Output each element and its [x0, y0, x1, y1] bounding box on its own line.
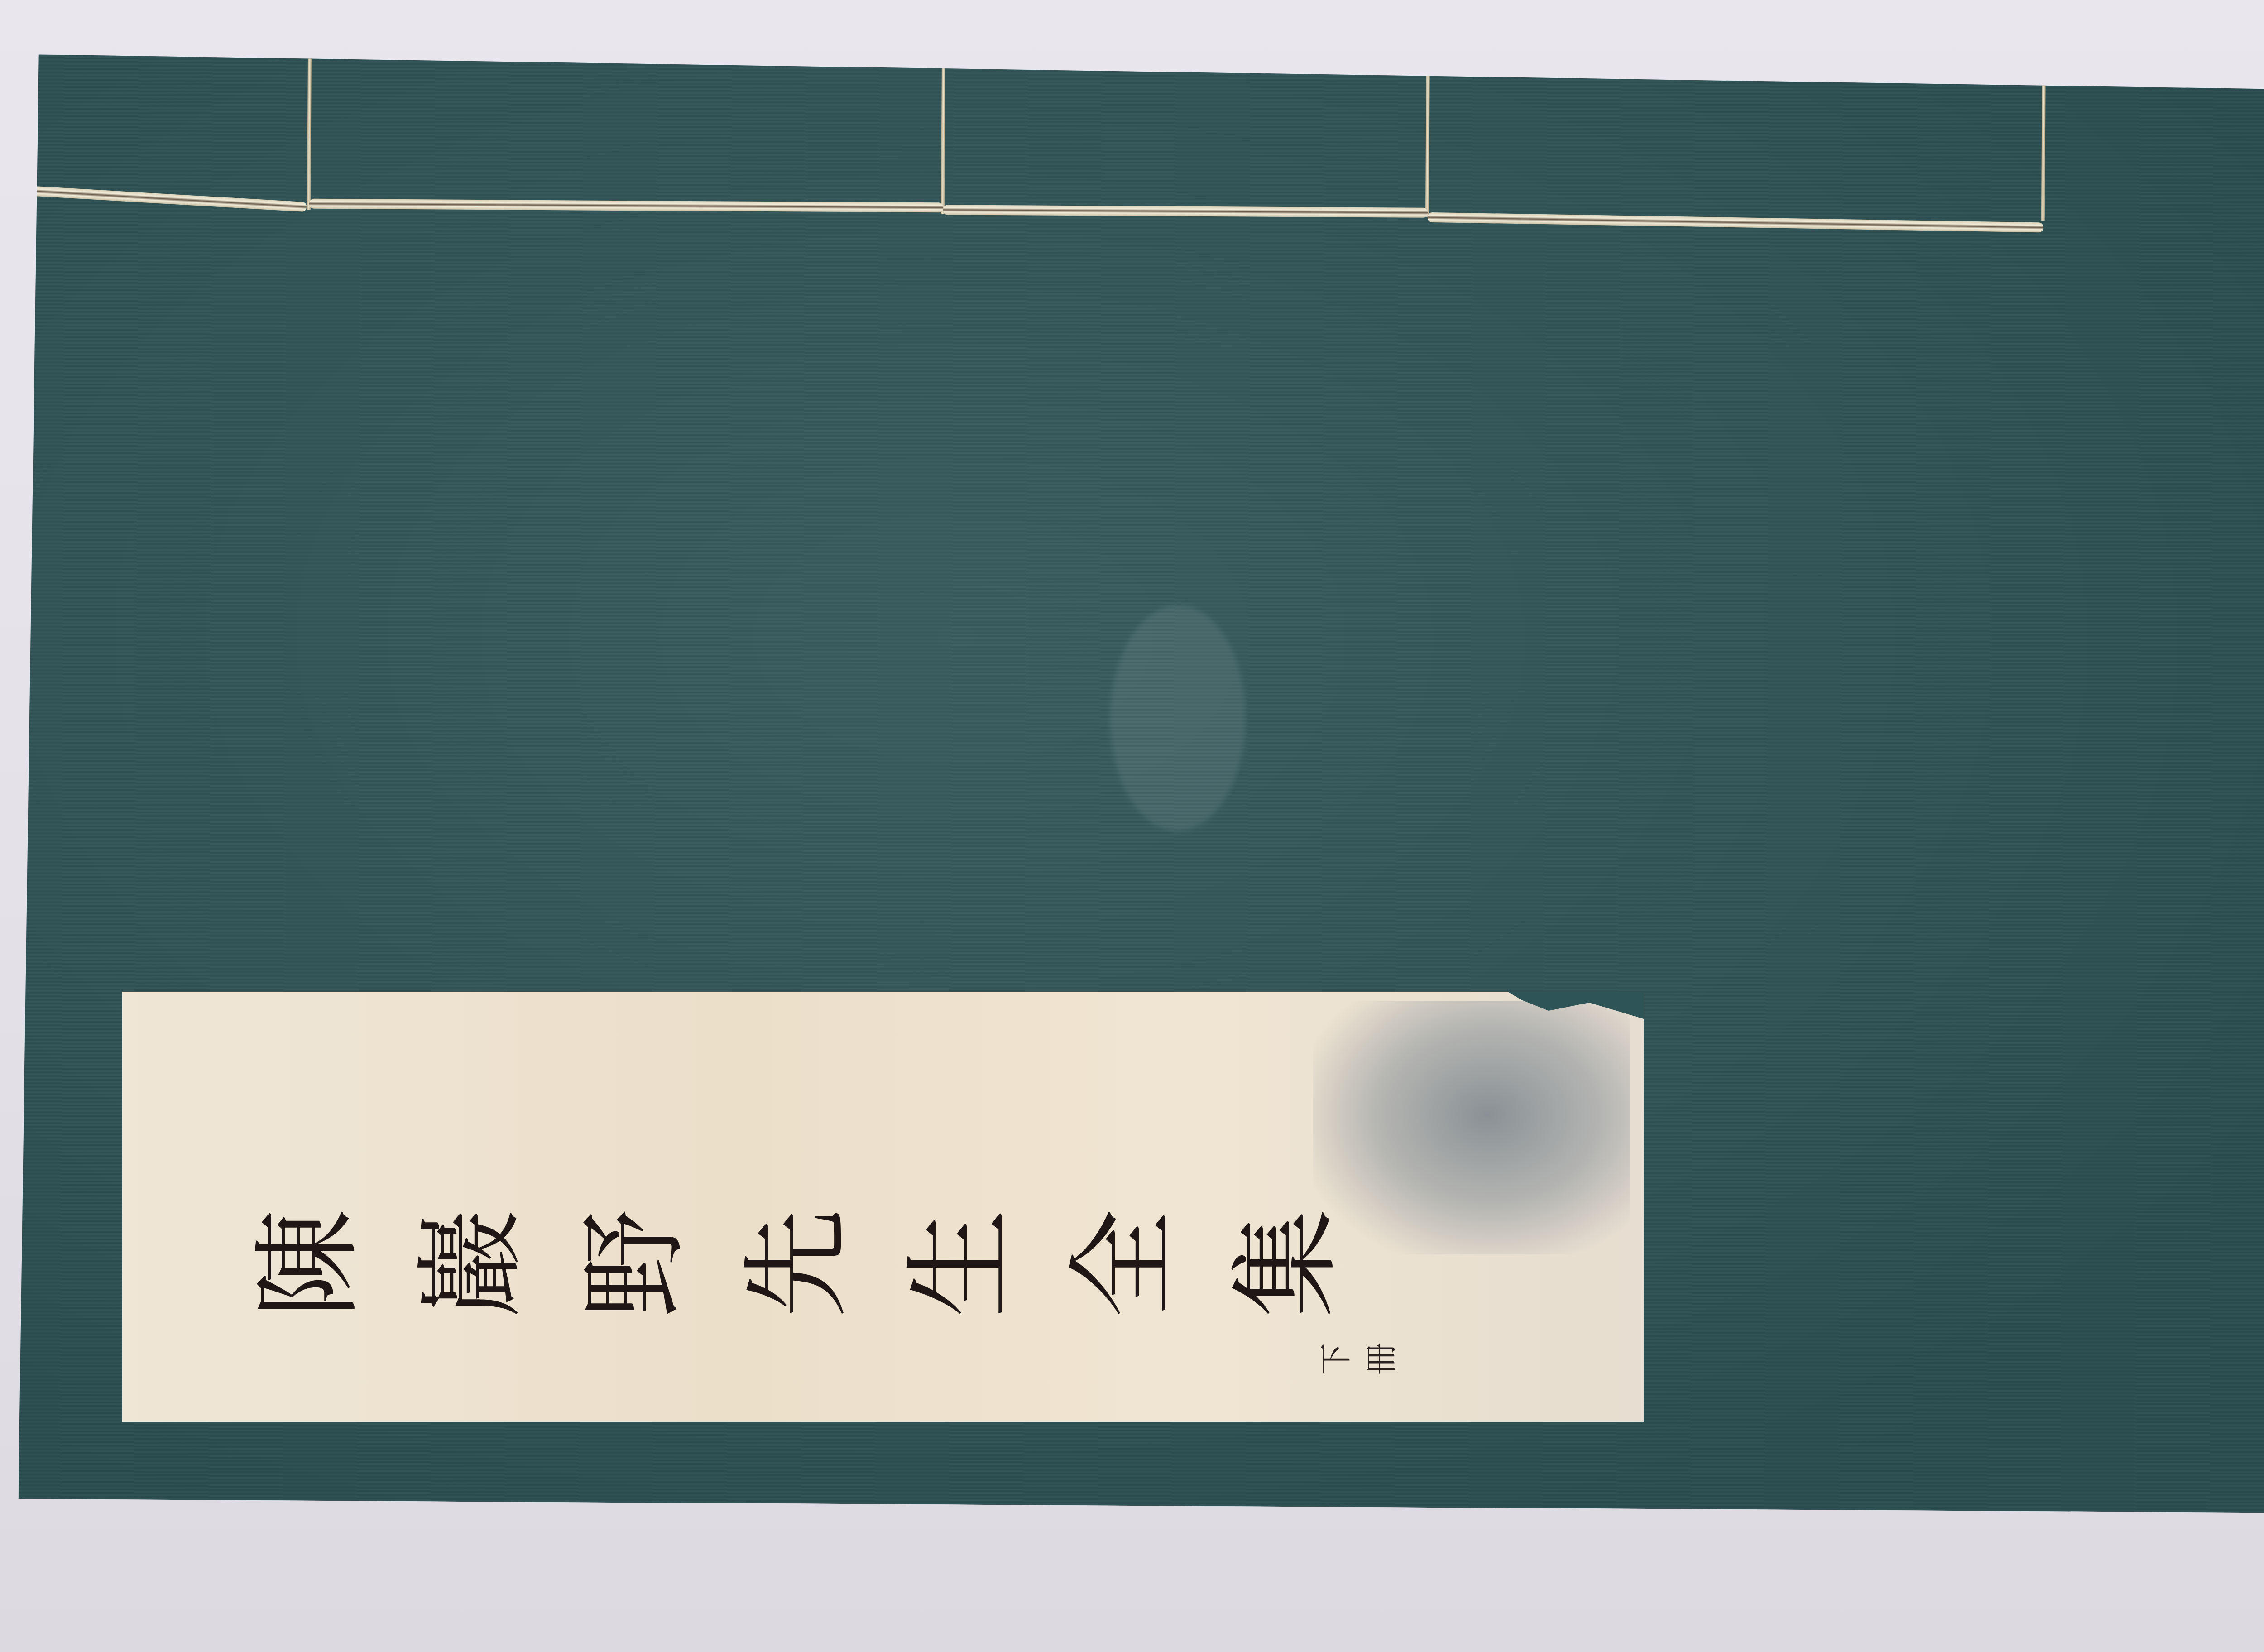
slip-stain — [1313, 1001, 1630, 1254]
title-char: 野 — [580, 1196, 688, 1331]
cover-scuff — [1109, 605, 1247, 832]
binding-thread-horizontal-3 — [943, 205, 1428, 218]
binding-thread-vertical-3 — [1425, 63, 1430, 217]
title-char: 先 — [743, 1196, 851, 1331]
binding-thread-horizontal-2 — [309, 199, 943, 213]
volume-char: 下 — [1311, 1343, 1357, 1375]
title-char: 陳 — [254, 1196, 362, 1331]
book-title: 陳 巖 野 先 生 全 集 — [240, 1209, 1354, 1318]
title-char: 巖 — [417, 1196, 525, 1331]
binding-thread-vertical-2 — [941, 60, 945, 214]
title-slip: 陳 巖 野 先 生 全 集 下 冊 — [122, 992, 1644, 1422]
title-char: 集 — [1232, 1196, 1340, 1331]
title-char: 生 — [906, 1196, 1014, 1331]
binding-thread-horizontal-1 — [26, 186, 307, 212]
binding-thread-horizontal-4 — [1428, 212, 2043, 233]
title-char: 全 — [1069, 1196, 1177, 1331]
volume-label: 下 冊 — [1318, 1336, 1395, 1382]
volume-char: 冊 — [1356, 1343, 1402, 1375]
binding-thread-vertical-1 — [307, 56, 312, 210]
binding-thread-vertical-4 — [2041, 67, 2046, 221]
